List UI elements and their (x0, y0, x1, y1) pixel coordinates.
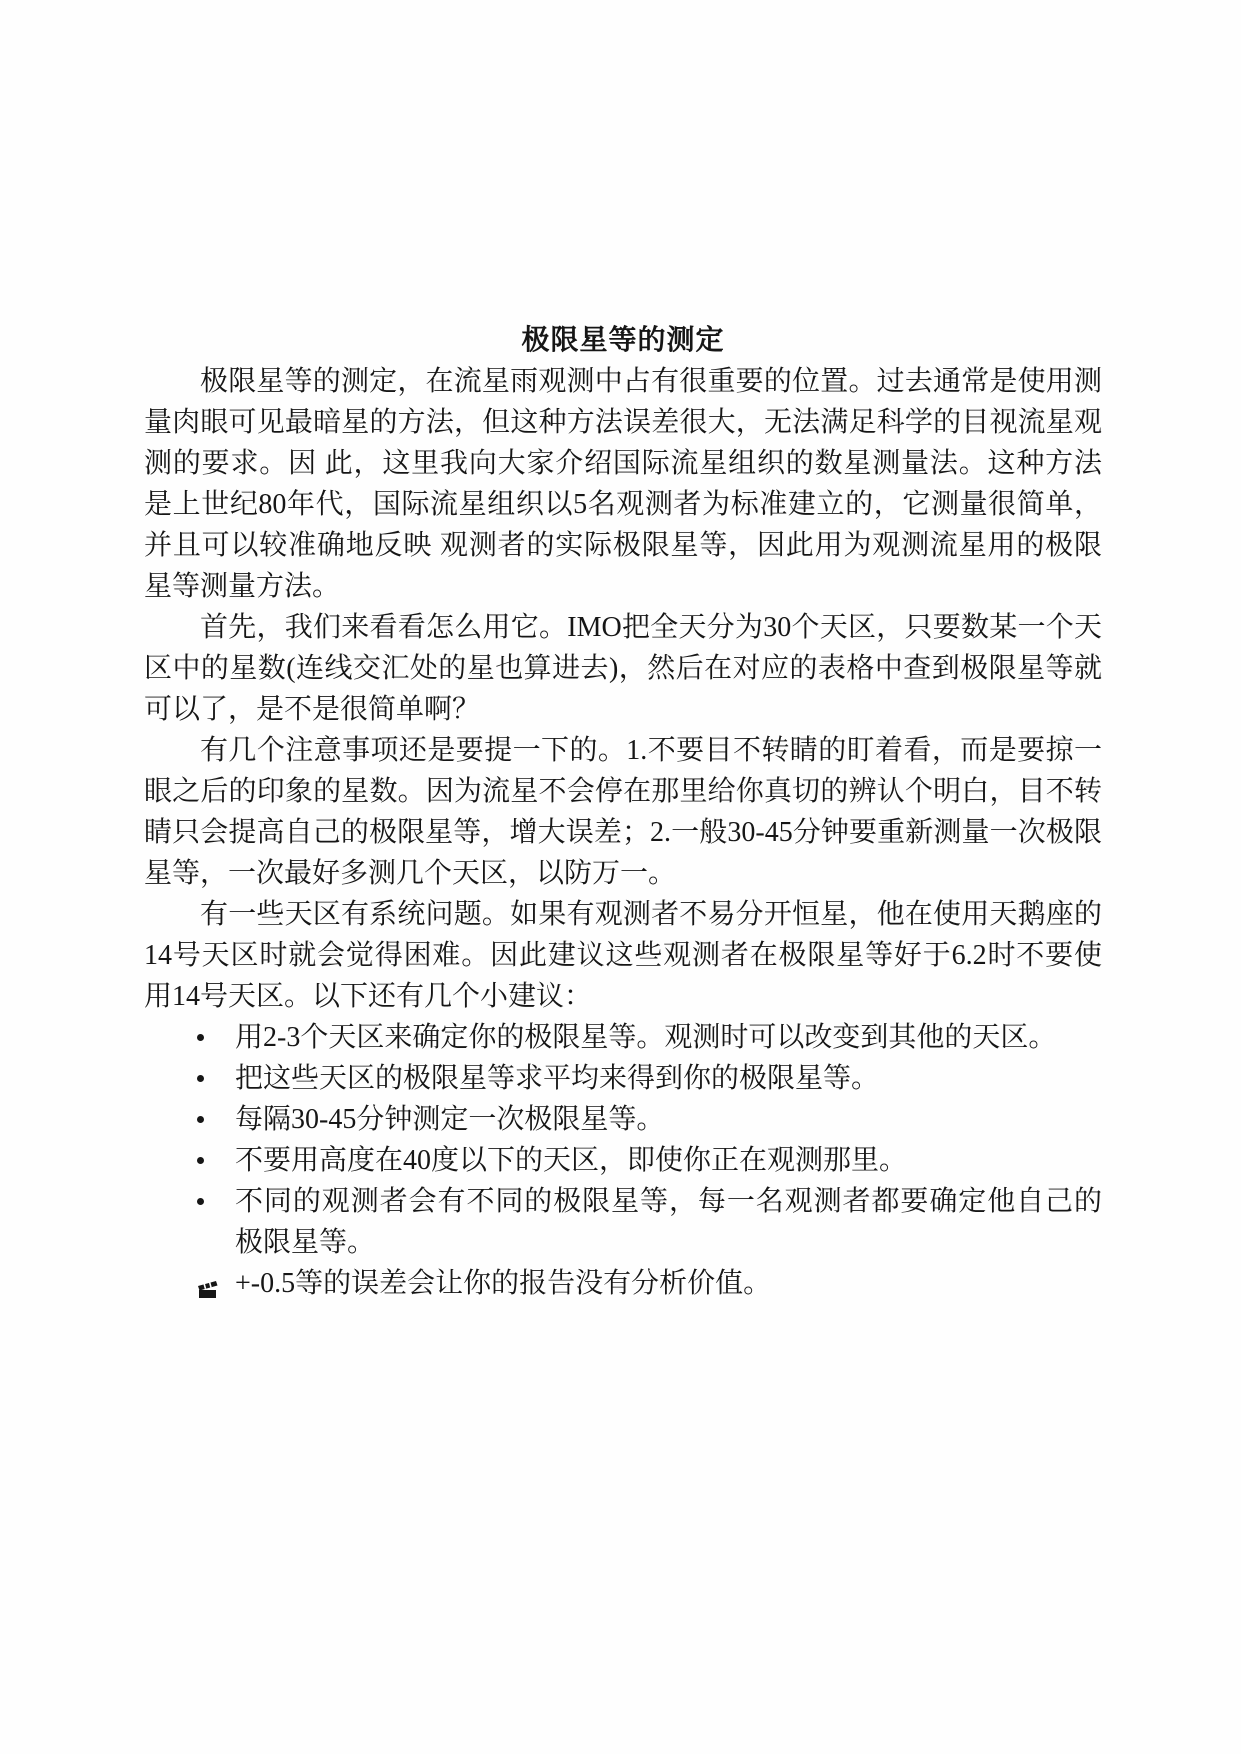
list-item: 不要用高度在40度以下的天区，即使你正在观测那里。 (144, 1140, 1102, 1181)
list-item: 不同的观测者会有不同的极限星等，每一名观测者都要确定他自己的极限星等。 (144, 1181, 1102, 1263)
document-title: 极限星等的测定 (144, 320, 1102, 361)
list-item-text: 不要用高度在40度以下的天区，即使你正在观测那里。 (235, 1145, 907, 1176)
list-item-text: 不同的观测者会有不同的极限星等，每一名观测者都要确定他自己的极限星等。 (235, 1186, 1102, 1258)
bullet-dot-icon (197, 1198, 204, 1205)
list-item: 用2-3个天区来确定你的极限星等。观测时可以改变到其他的天区。 (144, 1017, 1102, 1058)
note-text: +-0.5等的误差会让你的报告没有分析价值。 (235, 1268, 771, 1299)
list-item-text: 每隔30-45分钟测定一次极限星等。 (235, 1104, 664, 1135)
bullet-dot-icon (197, 1116, 204, 1123)
clapperboard-icon (196, 1272, 220, 1294)
bullet-dot-icon (197, 1034, 204, 1041)
note-item: +-0.5等的误差会让你的报告没有分析价值。 (144, 1263, 1102, 1304)
list-item-text: 把这些天区的极限星等求平均来得到你的极限星等。 (235, 1063, 879, 1094)
bullet-dot-icon (197, 1157, 204, 1164)
bullet-dot-icon (197, 1075, 204, 1082)
paragraph-4: 有一些天区有系统问题。如果有观测者不易分开恒星，他在使用天鹅座的14号天区时就会… (144, 894, 1102, 1017)
paragraph-2: 首先，我们来看看怎么用它。IMO把全天分为30个天区，只要数某一个天区中的星数(… (144, 607, 1102, 730)
list-item-text: 用2-3个天区来确定你的极限星等。观测时可以改变到其他的天区。 (235, 1022, 1056, 1053)
list-item: 把这些天区的极限星等求平均来得到你的极限星等。 (144, 1058, 1102, 1099)
paragraph-3: 有几个注意事项还是要提一下的。1.不要目不转睛的盯着看，而是要掠一眼之后的印象的… (144, 730, 1102, 894)
document-page: 极限星等的测定 极限星等的测定，在流星雨观测中占有很重要的位置。过去通常是使用测… (0, 0, 1241, 1754)
list-item: 每隔30-45分钟测定一次极限星等。 (144, 1099, 1102, 1140)
paragraph-1: 极限星等的测定，在流星雨观测中占有很重要的位置。过去通常是使用测量肉眼可见最暗星… (144, 361, 1102, 607)
suggestion-list: 用2-3个天区来确定你的极限星等。观测时可以改变到其他的天区。 把这些天区的极限… (144, 1017, 1102, 1263)
